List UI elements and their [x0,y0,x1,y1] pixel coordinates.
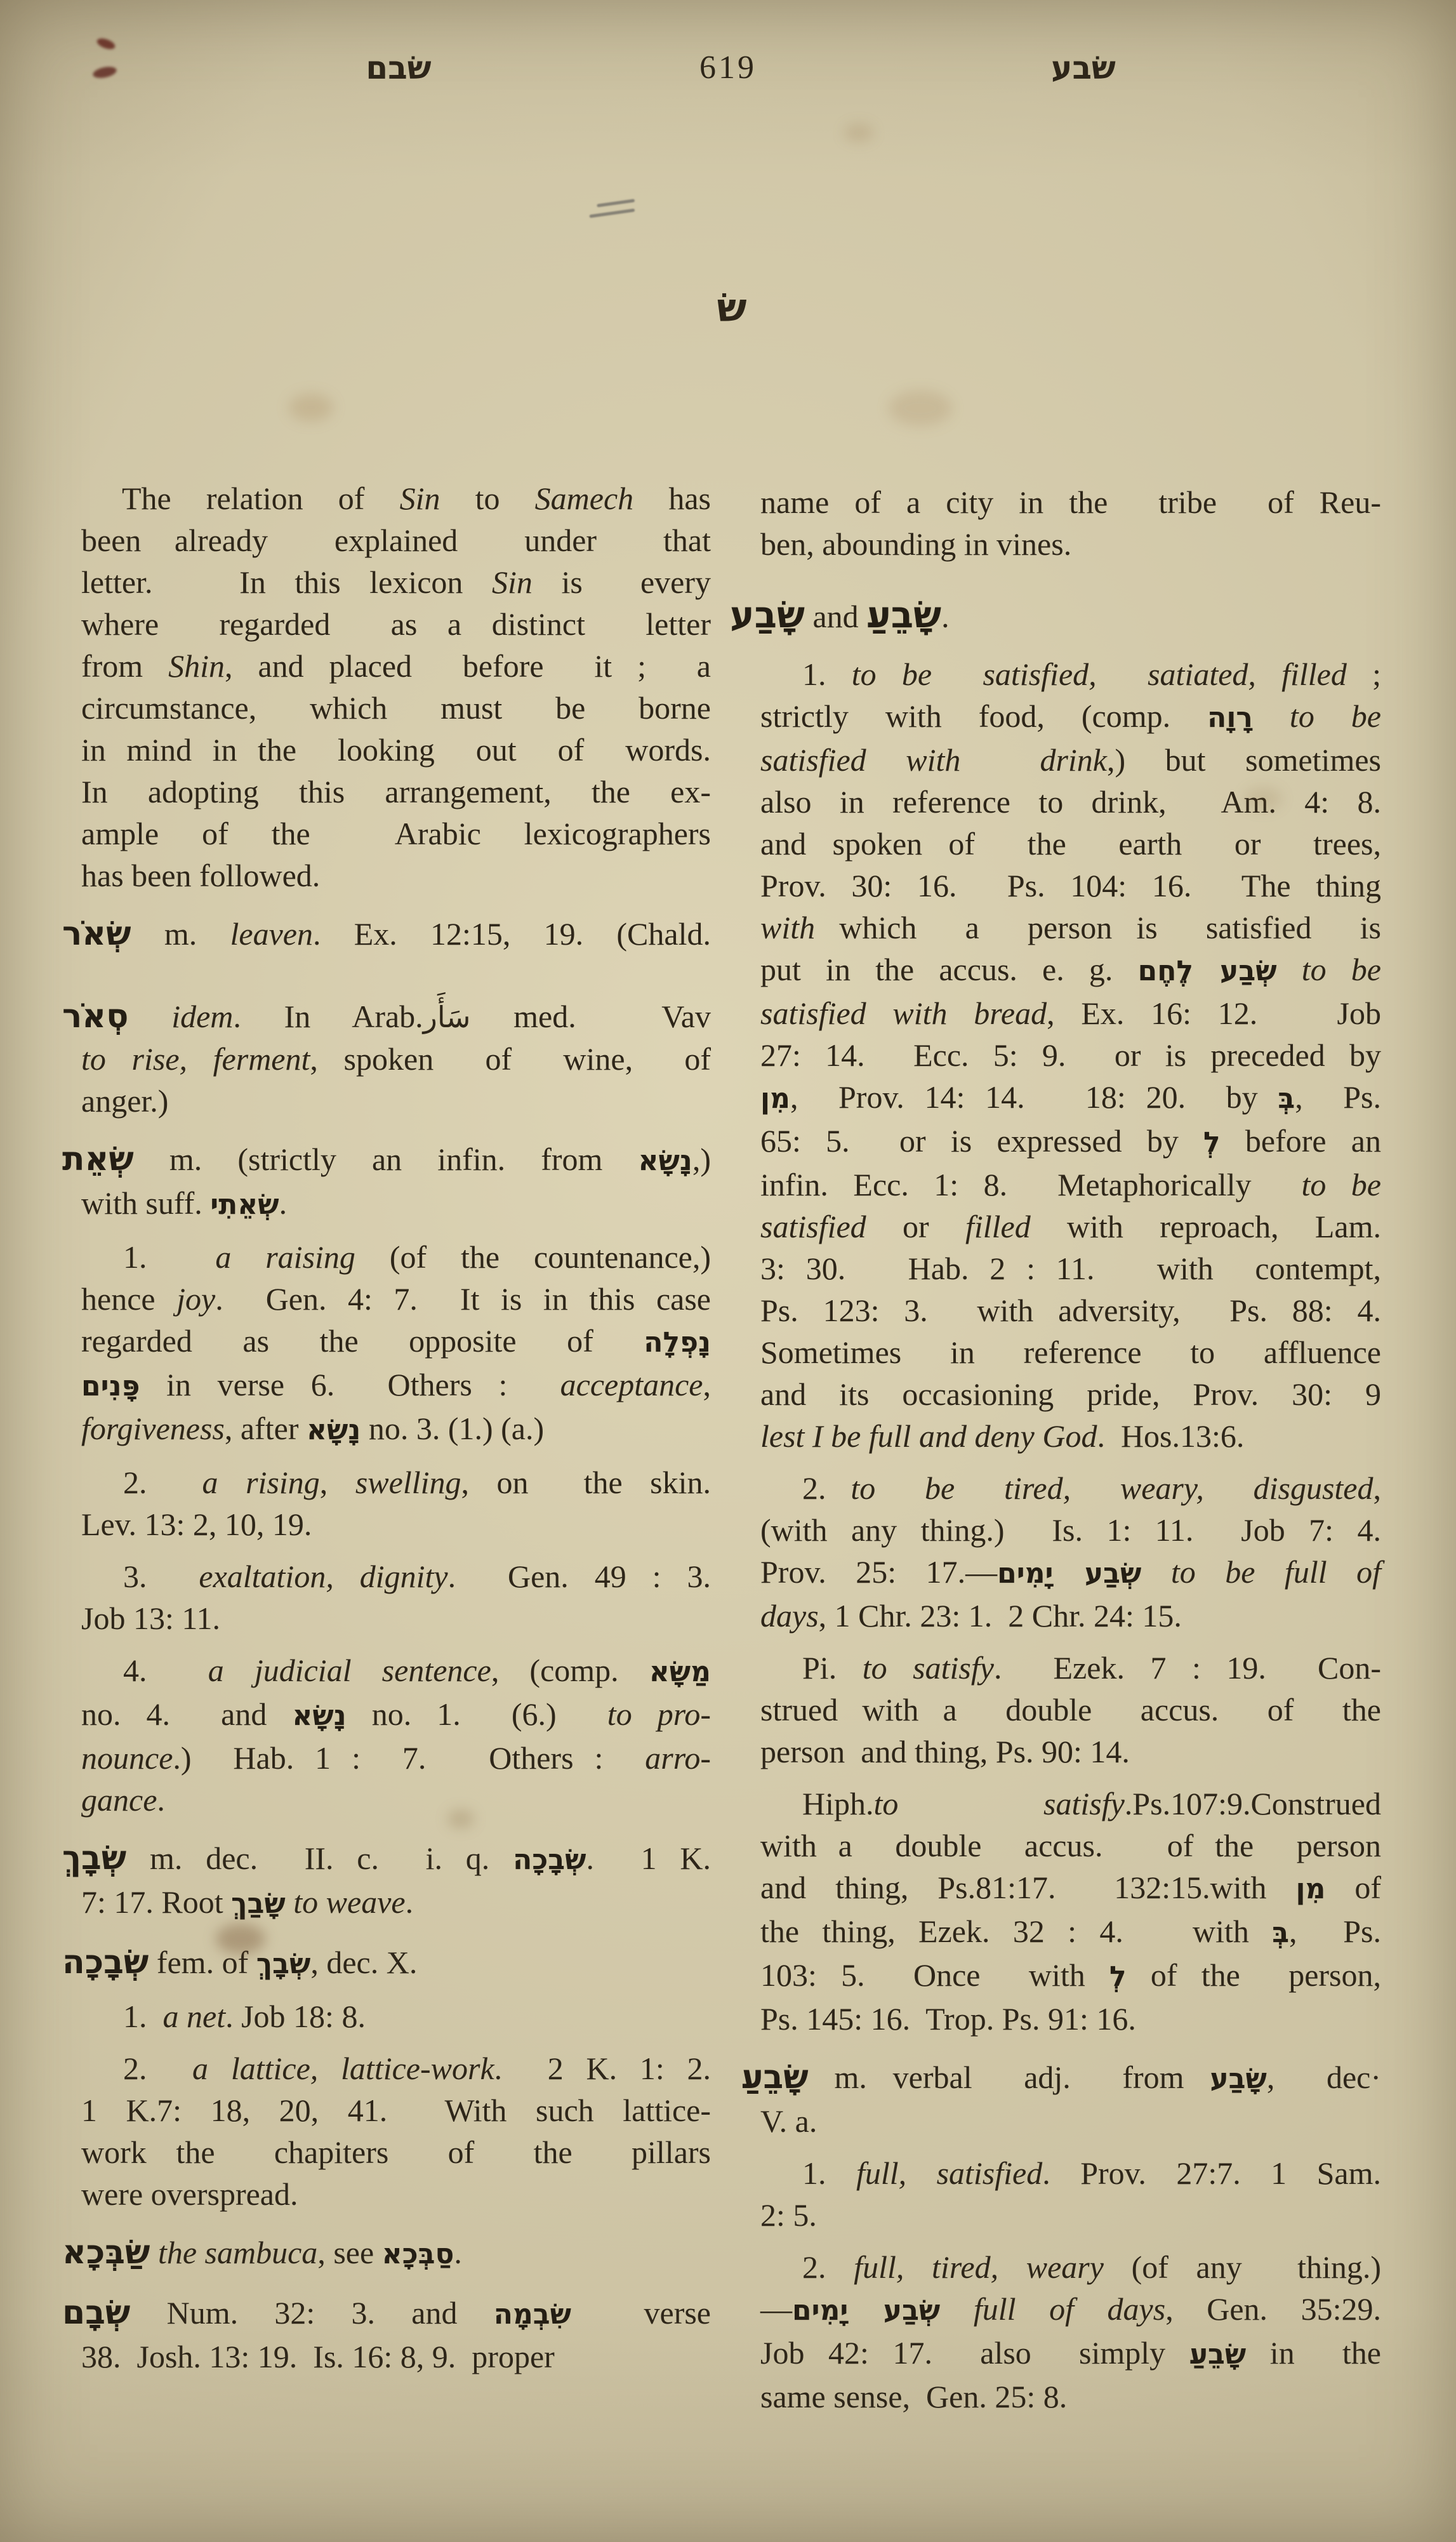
hebrew-text: שַׂבְּכָא [62,2233,150,2272]
roman-text: Num. 32: 3. and [130,2295,493,2331]
stem-hiphil: Hiph.to satisfy.Ps.107:9.Construedwith a… [760,1783,1381,2040]
hebrew-text: שְׂאֵתִי [210,1188,279,1221]
text-line: the thing, Ezek. 32 : 4. with בְּ, Ps. [760,1910,1381,1954]
hebrew-text: שָׂבַע [1210,2063,1267,2095]
text-line: שְׂבָם Num. 32: 3. and שִׂבְמָה verse [81,2292,711,2336]
text-line: 38. Josh. 13: 19. Is. 16: 8, 9. proper [81,2336,711,2378]
italic-text: exaltation, dignity [199,1559,447,1594]
roman-text: and thing, Ps.81:17. 132:15.with [760,1870,1295,1905]
italic-text: the sambuca [158,2235,317,2270]
roman-text [286,1884,294,1920]
text-line: 1. a raising (of the countenance,) [81,1236,711,1278]
roman-text: . Job 18: 8. [225,1999,366,2034]
text-line: strictly with food, (comp. רָוָה to be [760,695,1381,739]
text-line: satisfied with bread, Ex. 16: 12. Job [760,992,1381,1034]
text-line: 7: 17. Root שָׂבַךְ to weave. [81,1881,711,1925]
text-line: regarded as the opposite of נָפְלָה [81,1320,711,1364]
roman-text: and [805,599,866,634]
roman-text: name of a city in the tribe of Reu- [760,484,1381,520]
text-line: שָׂבַע and שָׂבֵעַ. [760,588,1381,643]
roman-text: no. 4. and [81,1696,292,1732]
text-line: satisfied or filled with reproach, Lam. [760,1206,1381,1248]
ink-speck [92,65,117,80]
stem-piel: Pi. to satisfy. Ezek. 7 : 19. Con-strued… [760,1647,1381,1773]
roman-text: 1. [802,656,852,692]
text-line: gance. [81,1779,711,1821]
running-head-left: שׂבם [348,39,449,96]
hebrew-text: רָוָה [1207,702,1253,734]
sense-2-tired: 2. to be tired, weary, disgusted,(with a… [760,1467,1381,1637]
text-line: 2. a rising, swelling, on the skin. [81,1461,711,1503]
italic-text: satisfied with bread [760,995,1047,1031]
roman-text: . [454,2235,462,2270]
hebrew-text: נָשָׂא [307,1414,361,1446]
roman-text: has [633,481,711,516]
hebrew-text: שִׂבְמָה [494,2298,571,2331]
text-line: שְׂאֵת m. (strictly an infin. from נָשָׂ… [81,1138,711,1182]
roman-text: 1 K.7: 18, 20, 41. With such lattice- [81,2093,711,2128]
text-line: Prov. 25: 17.—שְׂבַע יָמִים to be full o… [760,1551,1381,1595]
text-line: Pi. to satisfy. Ezek. 7 : 19. Con- [760,1647,1381,1689]
roman-text: m. dec. II. c. i. q. [126,1840,513,1876]
hebrew-text: נָשָׂא [292,1700,346,1732]
roman-text: 65: 5. or is expressed by [760,1123,1203,1159]
italic-text: Shin [168,648,225,684]
roman-text [1277,952,1302,987]
roman-text: . 2 K. 1: 2. [494,2051,711,2086]
text-line: Job 13: 11. [81,1597,711,1639]
text-line: and spoken of the earth or trees, [760,823,1381,865]
roman-text: 3: 30. Hab. 2 : 11. with contempt, [760,1251,1381,1286]
text-line: ample of the Arabic lexicographers [81,813,711,855]
text-line: שַׂבְּכָא the sambuca, see סַבְּכָא. [81,2232,711,2275]
roman-text: , after [225,1411,307,1446]
text-line: שְׂאֹר m. leaven. Ex. 12:15, 19. (Chald. [81,913,711,955]
italic-text: to be tired, weary, disgusted [850,1470,1373,1506]
roman-text: the thing, Ezek. 32 : 4. with [760,1913,1272,1949]
roman-text: Ps. 145: 16. Trop. Ps. 91: 16. [760,2001,1136,2037]
roman-text: of the person, [1127,1957,1381,1993]
entry-sevakh: שְׂבָךְ m. dec. II. c. i. q. שְׂבָכָה. 1… [81,1837,711,1925]
roman-text: infin. Ecc. 1: 8. Metaphorically [760,1167,1301,1202]
italic-text: Sin [400,481,440,516]
text-line: anger.) [81,1080,711,1122]
roman-text: 3. [123,1559,199,1594]
roman-text: . Gen. 4: 7. It is in this case [215,1281,711,1317]
hebrew-text: שְׂבָךְ [256,1948,311,1980]
roman-text: to [440,481,534,516]
sense-2-full-weary: 2. full, tired, weary (of any thing.)—שְ… [760,2246,1381,2418]
roman-text: anger.) [81,1083,168,1119]
text-line: 65: 5. or is expressed by לְ before an [760,1120,1381,1164]
text-line: 1. to be satisfied, satiated, filled ; [760,653,1381,695]
text-line: from Shin, and placed before it ; a [81,645,711,687]
hebrew-text: שְׂאֵת [62,1140,134,1178]
italic-text: to satisfy [863,1650,994,1686]
roman-text: , on the skin. [461,1465,711,1500]
italic-text: a judicial sentence [208,1653,491,1688]
text-line: 3. exaltation, dignity. Gen. 49 : 3. [81,1555,711,1597]
text-line: in mind in the looking out of words. [81,729,711,771]
fox-stain [844,124,873,142]
text-line: In adopting this arrangement, the ex- [81,771,711,813]
roman-text: . Ex. 12:15, 19. (Chald. [313,916,711,952]
roman-text: . Prov. 27:7. 1 Sam. [1042,2155,1381,2191]
italic-text: to rise, ferment [81,1041,310,1077]
roman-text: ,) [692,1141,711,1177]
roman-text: were overspread. [81,2176,298,2212]
text-line: Prov. 30: 16. Ps. 104: 16. The thing [760,865,1381,907]
text-line: strued with a double accus. of the [760,1689,1381,1731]
italic-text: to be [1290,698,1381,734]
roman-text: is every [533,564,711,600]
roman-text: in the [1246,2335,1381,2371]
italic-text: satisfied [760,1209,866,1244]
text-line: and its occasioning pride, Prov. 30: 9 [760,1373,1381,1415]
roman-text: circumstance, which must be borne [81,690,711,726]
italic-text: swelling [355,1465,461,1500]
text-line: where regarded as a distinct letter [81,603,711,645]
hebrew-text: מִן [760,1082,790,1115]
sense-1-full: 1. full, satisfied. Prov. 27:7. 1 Sam.2:… [760,2152,1381,2236]
hebrew-text: שְׂבָכָה [513,1844,586,1876]
roman-text: (of the countenance,) [355,1239,711,1275]
right-column: name of a city in the tribe of Reu-ben, … [760,481,1381,2418]
roman-text: . [157,1782,165,1818]
roman-text: regarded as the opposite of [81,1323,644,1359]
hebrew-text: שָׂבֵעַ [1189,2338,1246,2371]
roman-text: . Hos.13:6. [1097,1418,1244,1454]
roman-text: before an [1221,1123,1381,1159]
roman-text: , Ps. [1295,1079,1381,1115]
roman-text: 27: 14. Ecc. 5: 9. or is preceded by [760,1037,1381,1073]
italic-text: days [760,1598,819,1634]
italic-text: idem [171,999,233,1034]
text-line: work the chapiters of the pillars [81,2131,711,2173]
text-line: ben, abounding in vines. [760,523,1381,565]
sense-2-lattice: 2. a lattice, lattice-work. 2 K. 1: 2.1 … [81,2047,711,2215]
hebrew-text: סַבְּכָא [382,2238,454,2270]
text-line: פָּנִים in verse 6. Others : acceptance, [81,1364,711,1407]
text-line: been already explained under that [81,519,711,561]
text-line: with which a person is satisfied is [760,907,1381,948]
roman-text: Prov. 25: 17.— [760,1554,997,1590]
roman-text: which a person is satisfied is [815,910,1381,945]
roman-text: , 1 Chr. 23: 1. 2 Chr. 24: 15. [819,1598,1182,1634]
text-line: Ps. 123: 3. with adversity, Ps. 88: 4. [760,1289,1381,1331]
roman-text: Ps. 123: 3. with adversity, Ps. 88: 4. [760,1293,1381,1328]
roman-text: verse [571,2295,711,2331]
roman-text: and spoken of the earth or trees, [760,826,1381,862]
hebrew-text: לְ [1109,1960,1127,1993]
roman-text: Pi. [802,1650,863,1686]
italic-text: a raising [215,1239,355,1275]
roman-text: The relation of [122,481,400,516]
text-line: The relation of Sin to Samech has [81,477,711,519]
roman-text: same sense, Gen. 25: 8. [760,2379,1067,2414]
text-line: 103: 5. Once with לְ of the person, [760,1954,1381,1998]
text-line: 1 K.7: 18, 20, 41. With such lattice- [81,2089,711,2131]
text-line: to rise, ferment, spoken of wine, of [81,1038,711,1080]
entry-seor-chaldee: סְאֹר idem. In Arab.سَأَر med. Vavto ris… [81,995,711,1122]
text-line: no. 4. and נָשָׂא no. 1. (6.) to pro- [81,1693,711,1737]
sense-1-satisfied: 1. to be satisfied, satiated, filled ;st… [760,653,1381,1457]
italic-text: arro- [645,1740,711,1776]
roman-text: been already explained under that [81,522,711,558]
roman-text: also in reference to drink, Am. 4: 8. [760,784,1381,820]
text-line: שְׂבָכָה fem. of שְׂבָךְ, dec. X. [81,1941,711,1985]
entry-sabbekha: שַׂבְּכָא the sambuca, see סַבְּכָא. [81,2232,711,2275]
entry-sevakhah: שְׂבָכָה fem. of שְׂבָךְ, dec. X. [81,1941,711,1985]
roman-text: in verse 6. Others : [140,1367,560,1402]
roman-text: 1. [123,1239,215,1275]
hebrew-text: בְּ [1272,1917,1289,1949]
sense-2-rising: 2. a rising, swelling, on the skin.Lev. … [81,1461,711,1545]
text-line: 4. a judicial sentence, (comp. מַשָּׂא [81,1649,711,1693]
roman-text: Sometimes in reference to affluence [760,1334,1381,1370]
roman-text: ben, abounding in vines. [760,526,1071,562]
roman-text: V. a. [760,2103,817,2139]
continuation-paragraph: name of a city in the tribe of Reu-ben, … [760,481,1381,565]
text-line: circumstance, which must be borne [81,687,711,729]
hebrew-text: שְׂבָם [62,2294,130,2332]
hebrew-text: סְאֹר [62,997,129,1035]
roman-text: with suff. [81,1185,210,1221]
roman-text: m. (strictly an infin. from [134,1141,639,1177]
entry-savea: שָׂבֵעַ m. verbal adj. from שָׂבַע, dec·… [760,2056,1381,2142]
roman-text: med. Vav [470,999,711,1034]
hebrew-text: שְׂבָךְ [62,1839,126,1877]
roman-text [1141,1554,1171,1590]
roman-text: 2. [123,1465,202,1500]
hebrew-text: שְׂבַע יָמִים [792,2294,940,2327]
left-column: The relation of Sin to Samech hasbeen al… [81,477,711,2378]
hebrew-text: שְׂבַע יָמִים [997,1557,1141,1590]
italic-text: to be [1302,952,1381,987]
roman-text: , and placed before it ; a [225,648,711,684]
roman-text: , [703,1367,711,1402]
roman-text: 2. [123,2051,192,2086]
text-line: Ps. 145: 16. Trop. Ps. 91: 16. [760,1998,1381,2040]
roman-text: with a double accus. of the person [760,1828,1381,1863]
text-line: has been followed. [81,855,711,896]
roman-text: hence [81,1281,176,1317]
roman-text: ; [1347,656,1381,692]
roman-text: 2. [802,1470,850,1506]
italic-text: full, tired, weary [854,2249,1104,2285]
italic-text: to be satisfied, satiated, filled [852,656,1347,692]
fox-stain [289,394,333,422]
italic-text: to pro- [607,1696,711,1732]
roman-text: 38. Josh. 13: 19. Is. 16: 8, 9. proper [81,2339,555,2374]
hebrew-text: שָׂבֵעַ [741,2058,809,2096]
roman-text [150,2235,158,2270]
roman-text: 1. [802,2155,856,2191]
text-line: name of a city in the tribe of Reu- [760,481,1381,523]
roman-text: 2. [802,2249,854,2285]
text-line: —שְׂבַע יָמִים full of days, Gen. 35:29. [760,2288,1381,2332]
roman-text: person and thing, Ps. 90: 14. [760,1734,1130,1769]
italic-text: full, satisfied [856,2155,1042,2191]
text-line: hence joy. Gen. 4: 7. It is in this case [81,1278,711,1320]
italic-text: to weave [293,1884,405,1920]
roman-text: no. 3. (1.) (a.) [361,1411,544,1446]
text-line: Job 42: 17. also simply שָׂבֵעַ in the [760,2332,1381,2376]
text-line: סְאֹר idem. In Arab.سَأَر med. Vav [81,995,711,1038]
roman-text: , Ps. [1289,1913,1381,1949]
roman-text: from [81,648,168,684]
hebrew-text: נָפְלָה [644,1326,711,1359]
text-line: (with any thing.) Is. 1: 11. Job 7: 4. [760,1509,1381,1551]
section-letter-sin: שׂ [703,284,760,348]
roman-text: Job 13: 11. [81,1600,220,1636]
sense-1-raising: 1. a raising (of the countenance,)hence … [81,1236,711,1451]
hebrew-text: שְׂבַע לֶחֶם [1138,955,1277,987]
hebrew-text: נָשָׂא [639,1145,692,1177]
hebrew-text: שְׂבָכָה [62,1943,149,1981]
italic-text: with [760,910,815,945]
pencil-mark [588,199,639,225]
page-number: 619 [674,39,782,96]
roman-text: — [760,2291,792,2327]
roman-text: or [866,1209,965,1244]
italic-text: to be full of [1171,1554,1381,1590]
italic-text: filled [965,1209,1031,1244]
hebrew-text: פָּנִים [81,1370,140,1402]
roman-text: , spoken of wine, of [310,1041,711,1077]
text-line: מִן, Prov. 14: 14. 18: 20. by בְּ, Ps. [760,1076,1381,1120]
roman-text: 2: 5. [760,2197,817,2233]
roman-text: (with any thing.) Is. 1: 11. Job 7: 4. [760,1512,1381,1548]
text-line: days, 1 Chr. 23: 1. 2 Chr. 24: 15. [760,1595,1381,1637]
fox-stain [216,1924,265,1954]
text-line: Hiph.to satisfy.Ps.107:9.Construed [760,1783,1381,1825]
roman-text [1253,698,1290,734]
running-head-right: שׂבע [1042,39,1125,96]
text-line: שָׂבֵעַ m. verbal adj. from שָׂבַע, dec· [760,2056,1381,2100]
roman-text: Job 42: 17. also simply [760,2335,1189,2371]
fox-stain [889,390,952,426]
text-line: with a double accus. of the person [760,1825,1381,1867]
sense-3-exaltation: 3. exaltation, dignity. Gen. 49 : 3.Job … [81,1555,711,1639]
text-line: 1. a net. Job 18: 8. [81,1995,711,2037]
roman-text: ,) but sometimes [1107,742,1381,778]
roman-text: m. verbal adj. from [809,2060,1210,2095]
roman-text: , Gen. 35:29. [1165,2291,1381,2327]
roman-text: 103: 5. Once with [760,1957,1109,1993]
roman-text: , [320,1465,355,1500]
hebrew-text: שָׂבֵעַ [866,593,941,636]
text-line: person and thing, Ps. 90: 14. [760,1731,1381,1773]
italic-text: joy [176,1281,215,1317]
italic-text: full of days [974,2291,1165,2327]
entry-sava-headline: שָׂבַע and שָׂבֵעַ. [760,588,1381,643]
roman-text [129,999,172,1034]
italic-text: nounce [81,1740,173,1776]
roman-text: 1. [123,1999,163,2034]
roman-text: 7: 17. Root [81,1884,231,1920]
text-line: 2. a lattice, lattice-work. 2 K. 1: 2. [81,2047,711,2089]
italic-text: to satisfy [874,1786,1125,1821]
roman-text: of [1325,1870,1381,1905]
text-line: Lev. 13: 2, 10, 19. [81,1503,711,1545]
italic-text: Sin [492,564,533,600]
entry-seor: שְׂאֹר m. leaven. Ex. 12:15, 19. (Chald. [81,913,711,955]
italic-text: satisfied with drink [760,742,1107,778]
roman-text: .) Hab. 1 : 7. Others : [173,1740,645,1776]
sense-1-net: 1. a net. Job 18: 8. [81,1995,711,2037]
intro-paragraph: The relation of Sin to Samech hasbeen al… [81,477,711,896]
italic-text: forgiveness [81,1411,225,1446]
italic-text: a net [163,1999,226,2034]
roman-text: , (comp. [491,1653,649,1688]
hebrew-text: מִן [1295,1873,1325,1905]
roman-text: with reproach, Lam. [1031,1209,1381,1244]
roman-text: where regarded as a distinct letter [81,606,711,642]
roman-text: and its occasioning pride, Prov. 30: 9 [760,1376,1381,1412]
fox-stain [447,1809,474,1828]
roman-text: , see [317,2235,381,2270]
italic-text: a lattice, lattice-work [192,2051,494,2086]
roman-text: , Prov. 14: 14. 18: 20. by [790,1079,1278,1115]
italic-text: acceptance [560,1367,703,1402]
text-line: 1. full, satisfied. Prov. 27:7. 1 Sam. [760,2152,1381,2194]
roman-text: . Ezek. 7 : 19. Con- [994,1650,1381,1686]
arabic-text: سَأَر [423,1000,471,1034]
italic-text: lest I be full and deny God [760,1418,1097,1454]
text-line: and thing, Ps.81:17. 132:15.with מִן of [760,1867,1381,1910]
roman-text: Lev. 13: 2, 10, 19. [81,1507,312,1542]
roman-text: . 1 K. [586,1840,711,1876]
roman-text: , Ex. 16: 12. Job [1047,995,1381,1031]
text-line: lest I be full and deny God. Hos.13:6. [760,1415,1381,1457]
roman-text: m. [131,916,230,952]
roman-text: 4. [123,1653,208,1688]
roman-text: . [941,599,950,634]
roman-text: , dec. X. [310,1945,417,1980]
text-line: put in the accus. e. g. שְׂבַע לֶחֶם to … [760,948,1381,992]
text-line: were overspread. [81,2173,711,2215]
roman-text: . Gen. 49 : 3. [448,1559,711,1594]
roman-text: .Ps.107:9.Construed [1125,1786,1381,1821]
text-line: letter. In this lexicon Sin is every [81,561,711,603]
roman-text: Prov. 30: 16. Ps. 104: 16. The thing [760,868,1381,903]
roman-text: In adopting this arrangement, the ex- [81,774,711,809]
hebrew-text: שְׂאֹר [62,915,131,953]
fox-stain [1244,787,1282,810]
text-line: with suff. שְׂאֵתִי. [81,1182,711,1226]
italic-text: leaven [230,916,313,952]
text-line: forgiveness, after נָשָׂא no. 3. (1.) (a… [81,1407,711,1451]
roman-text: strued with a double accus. of the [760,1692,1381,1727]
text-line: V. a. [760,2100,1381,2142]
text-line: satisfied with drink,) but sometimes [760,739,1381,781]
italic-text: gance [81,1782,157,1818]
roman-text: ample of the Arabic lexicographers [81,816,711,851]
text-line: 2: 5. [760,2194,1381,2236]
entry-sevam: שְׂבָם Num. 32: 3. and שִׂבְמָה verse38.… [81,2292,711,2378]
italic-text: a rising [202,1465,320,1500]
roman-text: . [406,1884,414,1920]
roman-text: work the chapiters of the pillars [81,2134,711,2170]
text-line: שְׂבָךְ m. dec. II. c. i. q. שְׂבָכָה. 1… [81,1837,711,1881]
text-line: 2. to be tired, weary, disgusted, [760,1467,1381,1509]
sense-4-judicial: 4. a judicial sentence, (comp. מַשָּׂאno… [81,1649,711,1821]
scanned-page: שׂבם 619 שׂבע שׂ The relation of Sin to … [0,0,1456,2542]
roman-text [940,2291,974,2327]
text-line: nounce.) Hab. 1 : 7. Others : arro- [81,1737,711,1779]
text-line: Sometimes in reference to affluence [760,1331,1381,1373]
